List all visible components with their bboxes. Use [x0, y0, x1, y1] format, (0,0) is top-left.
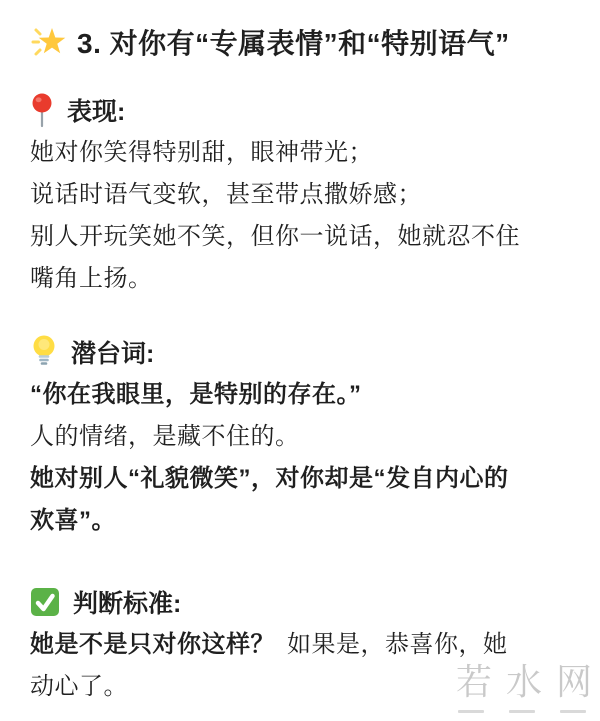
light-bulb-icon [30, 333, 58, 371]
glowing-star-icon [30, 23, 68, 61]
content-card: 3. 对你有“专属表情”和“特别语气” 表现: 她对你笑得特别甜，眼神带光； 说… [0, 0, 600, 721]
text-run: 她是不是只对你这样？ [30, 631, 275, 658]
text-line: 人的情绪，是藏不住的。 [30, 416, 572, 458]
section-expression: 表现: 她对你笑得特别甜，眼神带光； 说话时语气变软，甚至带点撒娇感； 别人开玩… [30, 92, 572, 300]
text-line: 嘴角上扬。 [30, 258, 572, 300]
text-run: 人的情绪，是藏不住的。 [30, 423, 300, 450]
section-heading-criteria: 判断标准: [30, 584, 572, 620]
page-title: 3. 对你有“专属表情”和“特别语气” [30, 22, 572, 62]
text-run: 别人开玩笑她不笑，但你一说话，她就忍不住 [30, 223, 520, 250]
check-mark-icon [30, 587, 60, 617]
section-heading-label: 判断标准: [73, 584, 181, 620]
text-run: 动心了。 [30, 673, 128, 700]
section-body: “你在我眼里，是特别的存在。” 人的情绪，是藏不住的。 她对别人“礼貌微笑”，对… [30, 374, 572, 542]
text-line: “你在我眼里，是特别的存在。” [30, 374, 572, 416]
watermark-text: 若水网 [456, 654, 600, 705]
watermark: 若水网 [456, 654, 592, 713]
page-title-text: 3. 对你有“专属表情”和“特别语气” [77, 22, 510, 62]
text-line: 欢喜”。 [30, 500, 572, 542]
text-run: “你在我眼里，是特别的存在。” [30, 381, 362, 408]
text-line: 别人开玩笑她不笑，但你一说话，她就忍不住 [30, 216, 572, 258]
watermark-subtext [456, 710, 592, 713]
section-subtext: 潜台词: “你在我眼里，是特别的存在。” 人的情绪，是藏不住的。 她对别人“礼貌… [30, 334, 572, 542]
text-line: 她对你笑得特别甜，眼神带光； [30, 132, 572, 174]
text-run: 说话时语气变软，甚至带点撒娇感； [30, 181, 422, 208]
section-heading-expression: 表现: [30, 92, 572, 128]
text-run: 她对别人“礼貌微笑”，对你却是“发自内心的 [30, 465, 509, 492]
text-line: 说话时语气变软，甚至带点撒娇感； [30, 174, 572, 216]
section-body: 她对你笑得特别甜，眼神带光； 说话时语气变软，甚至带点撒娇感； 别人开玩笑她不笑… [30, 132, 572, 300]
watermark-subtext-blob [509, 710, 535, 713]
text-run: 欢喜”。 [30, 507, 116, 534]
watermark-subtext-blob [458, 710, 484, 713]
section-heading-label: 潜台词: [71, 334, 154, 370]
text-run: 她对你笑得特别甜，眼神带光； [30, 139, 373, 166]
section-heading-subtext: 潜台词: [30, 334, 572, 370]
text-line: 她对别人“礼貌微笑”，对你却是“发自内心的 [30, 458, 572, 500]
watermark-subtext-blob [560, 710, 586, 713]
section-heading-label: 表现: [67, 92, 125, 128]
text-run: 嘴角上扬。 [30, 265, 153, 292]
round-pushpin-icon [30, 92, 54, 128]
